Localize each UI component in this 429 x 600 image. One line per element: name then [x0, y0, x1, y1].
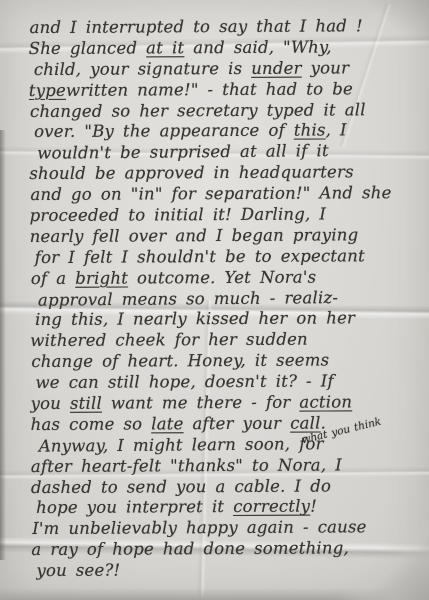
- underlined-word: under: [251, 58, 302, 77]
- handwritten-line: a ray of hope had done something,: [31, 538, 426, 561]
- handwritten-line: after heart-felt "thanks" to Nora, I: [31, 455, 426, 478]
- handwritten-line: proceeded to initial it! Darling, I: [30, 204, 425, 227]
- handwritten-line: withered cheek for her sudden: [30, 329, 425, 352]
- handwritten-line: I'm unbelievably happy again - cause: [32, 517, 426, 540]
- handwritten-line: She glanced at it and said, "Why,: [29, 37, 424, 60]
- handwritten-line: child, your signature is under your: [34, 58, 424, 81]
- handwritten-line: approval means so much - realiz-: [38, 287, 425, 311]
- handwritten-line: change of heart. Honey, it seems: [31, 350, 425, 373]
- handwritten-line: of a bright outcome. Yet Nora's: [31, 267, 425, 290]
- handwritten-line: you see?!: [36, 559, 426, 582]
- handwritten-line: for I felt I shouldn't be to expectant: [35, 246, 425, 269]
- underlined-word: late: [151, 414, 183, 433]
- handwritten-line: should be approved in headquarters: [29, 162, 424, 185]
- underlined-word: at it: [146, 38, 184, 57]
- handwritten-line: Anyway, I might learn soon, forwhat you …: [39, 433, 426, 457]
- handwritten-line: dashed to send you a cable. I do: [31, 476, 426, 499]
- underlined-word: bright: [75, 268, 128, 287]
- underlined-word: type: [29, 81, 66, 100]
- handwritten-line: wouldn't be surprised at all if it: [37, 141, 424, 165]
- handwritten-line: and go on "in" for separation!" And she: [30, 183, 424, 206]
- handwritten-line: you still want me there - for action: [30, 392, 425, 415]
- underlined-word: correctly: [233, 497, 310, 516]
- paper-left-edge-shadow: [0, 130, 6, 560]
- handwritten-line: ing this, I nearly kissed her on her: [35, 308, 425, 331]
- paper-bottom-edge-shadow: [0, 588, 429, 600]
- handwritten-line: typewritten name!" - that had to be: [29, 79, 424, 102]
- underlined-word: action: [299, 392, 352, 411]
- letter-body: and I interrupted to say that I had !She…: [29, 16, 427, 582]
- handwritten-line: we can still hope, doesn't it? - If: [35, 371, 425, 394]
- handwritten-line: nearly fell over and I began praying: [30, 225, 425, 248]
- handwritten-line: hope you interpret it correctly!: [36, 496, 426, 519]
- underlined-word: this: [294, 121, 326, 140]
- handwritten-line: and I interrupted to say that I had !: [30, 16, 424, 39]
- letter-paper: and I interrupted to say that I had !She…: [0, 0, 429, 600]
- underlined-word: still: [70, 394, 102, 413]
- handwritten-line: changed so her secretary typed it all: [30, 100, 424, 123]
